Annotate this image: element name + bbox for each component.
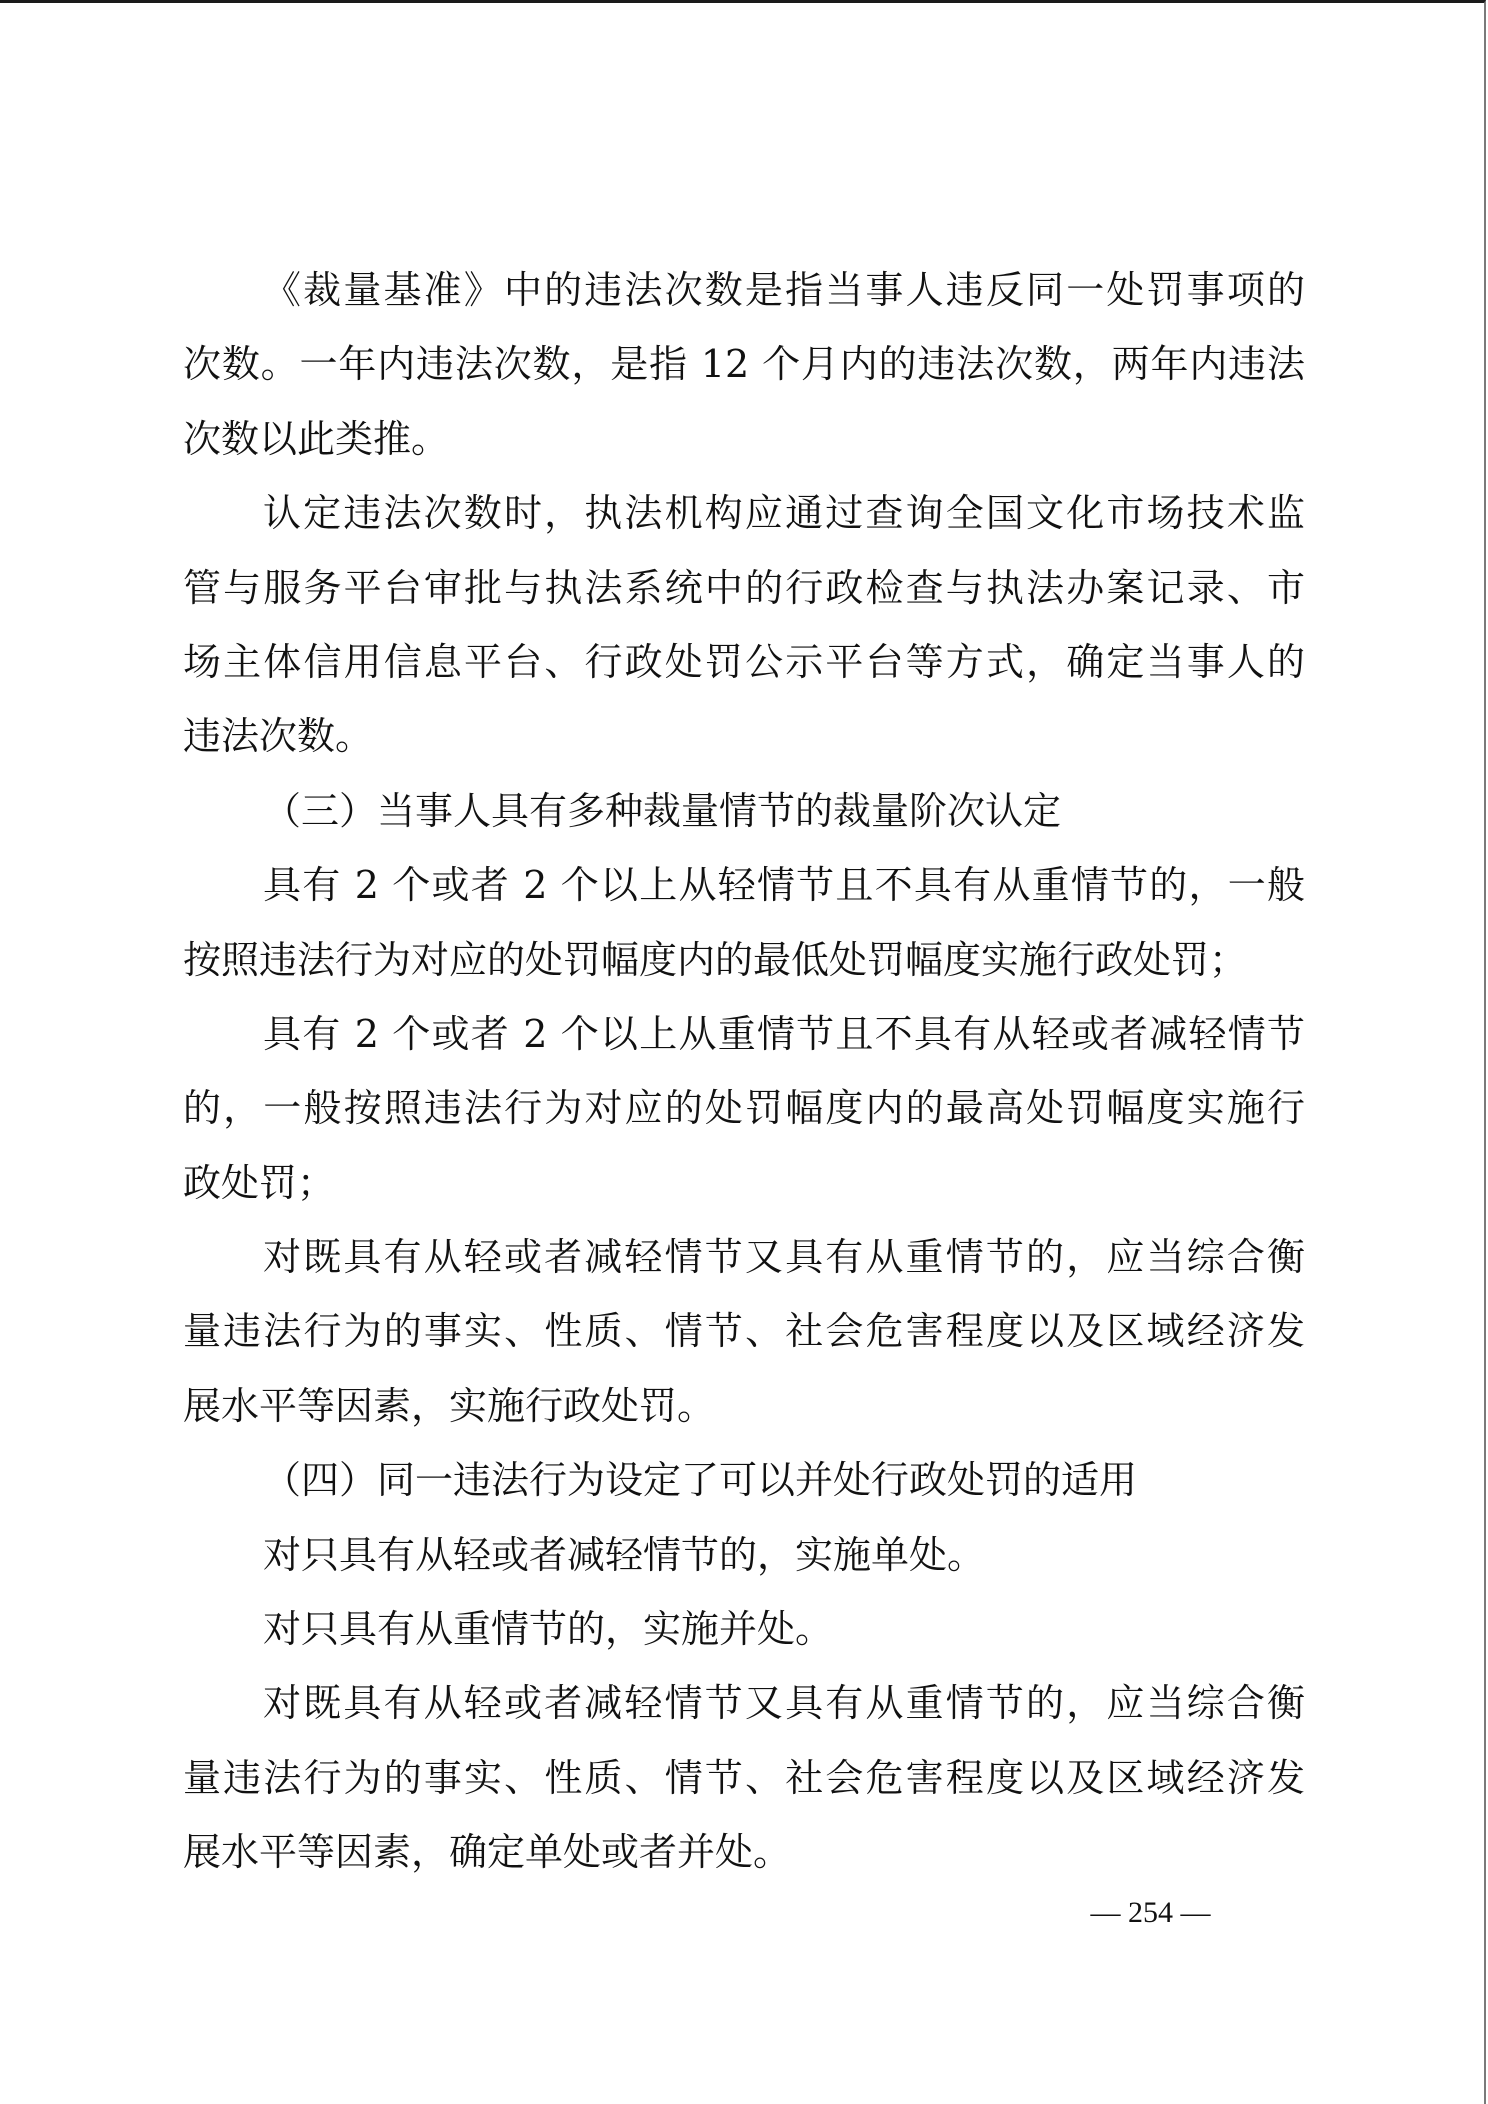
body-text: 《裁量基准》中的违法次数是指当事人违反同一处罚事项的 次数。一年内违法次数，是指… — [183, 253, 1305, 1890]
paragraph-line: 对只具有从重情节的，实施并处。 — [183, 1592, 1305, 1666]
paragraph-line: 按照违法行为对应的处罚幅度内的最低处罚幅度实施行政处罚； — [183, 923, 1305, 997]
section-heading-4: （四）同一违法行为设定了可以并处行政处罚的适用 — [183, 1443, 1305, 1517]
paragraph-line: 管与服务平台审批与执法系统中的行政检查与执法办案记录、市 — [183, 551, 1305, 625]
paragraph-line: 对既具有从轻或者减轻情节又具有从重情节的，应当综合衡 — [183, 1666, 1305, 1740]
paragraph-line: 展水平等因素，实施行政处罚。 — [183, 1369, 1305, 1443]
page-number: — 254 — — [1068, 1891, 1233, 1935]
paragraph-line: 具有 2 个或者 2 个以上从重情节且不具有从轻或者减轻情节 — [183, 997, 1305, 1071]
paragraph-line: 政处罚； — [183, 1146, 1305, 1220]
paragraph-line: 的，一般按照违法行为对应的处罚幅度内的最高处罚幅度实施行 — [183, 1071, 1305, 1145]
paragraph-line: 违法次数。 — [183, 699, 1305, 773]
paragraph-line: 量违法行为的事实、性质、情节、社会危害程度以及区域经济发 — [183, 1294, 1305, 1368]
paragraph-line: 认定违法次数时，执法机构应通过查询全国文化市场技术监 — [183, 476, 1305, 550]
paragraph-line: 次数。一年内违法次数，是指 12 个月内的违法次数，两年内违法 — [183, 327, 1305, 401]
section-heading-3: （三）当事人具有多种裁量情节的裁量阶次认定 — [183, 774, 1305, 848]
paragraph-line: 场主体信用信息平台、行政处罚公示平台等方式，确定当事人的 — [183, 625, 1305, 699]
paragraph-line: 对只具有从轻或者减轻情节的，实施单处。 — [183, 1518, 1305, 1592]
paragraph-line: 展水平等因素，确定单处或者并处。 — [183, 1815, 1305, 1889]
paragraph-line: 次数以此类推。 — [183, 402, 1305, 476]
paragraph-line: 对既具有从轻或者减轻情节又具有从重情节的，应当综合衡 — [183, 1220, 1305, 1294]
paragraph-line: 《裁量基准》中的违法次数是指当事人违反同一处罚事项的 — [183, 253, 1305, 327]
paragraph-line: 具有 2 个或者 2 个以上从轻情节且不具有从重情节的，一般 — [183, 848, 1305, 922]
document-page: 《裁量基准》中的违法次数是指当事人违反同一处罚事项的 次数。一年内违法次数，是指… — [0, 0, 1486, 2104]
paragraph-line: 量违法行为的事实、性质、情节、社会危害程度以及区域经济发 — [183, 1741, 1305, 1815]
